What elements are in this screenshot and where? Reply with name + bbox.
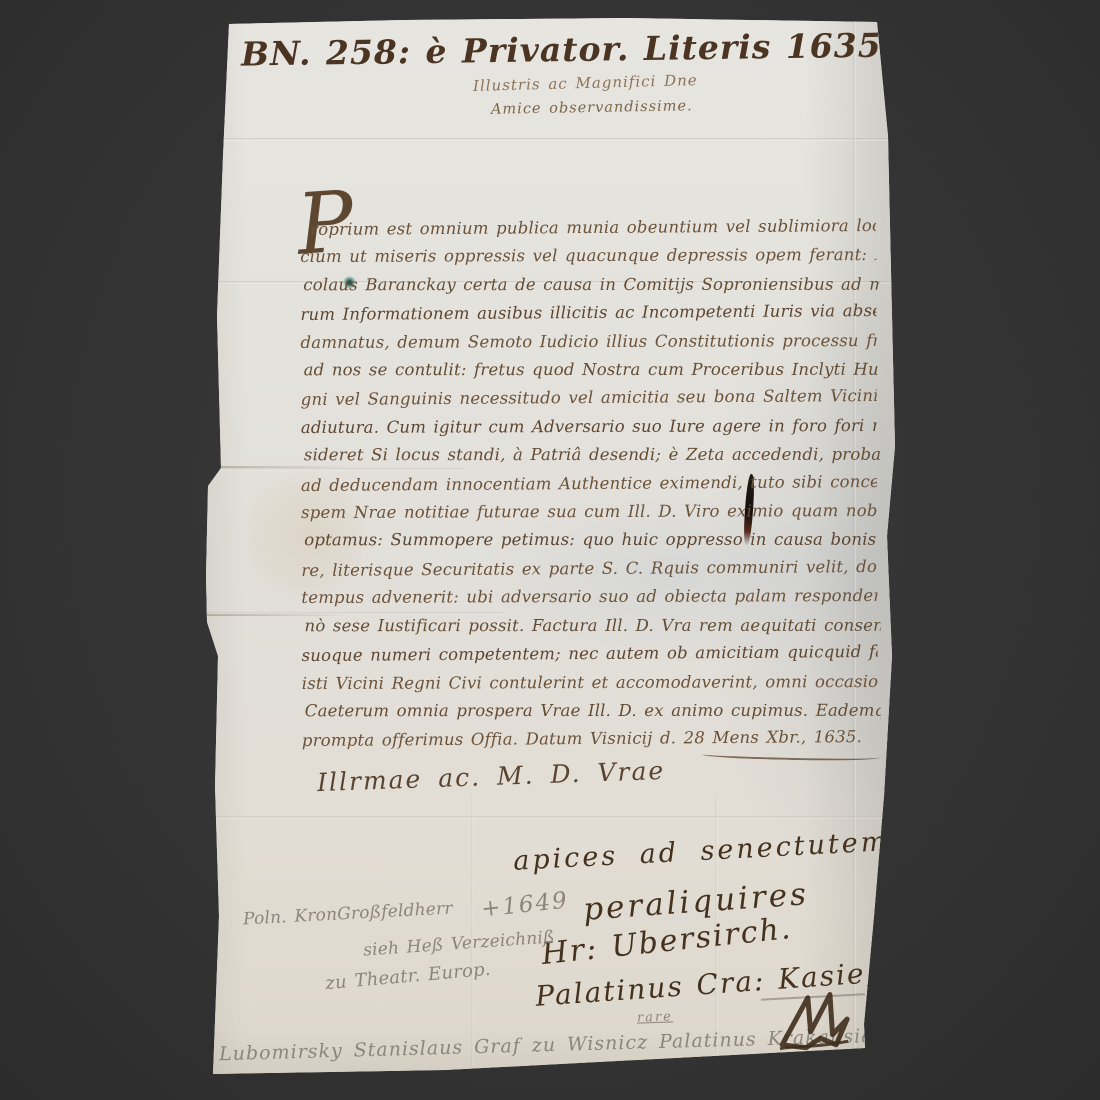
salutation-line-1: Illustris ac Magnifici Dne — [473, 71, 698, 95]
body-line: gni vel Sanguinis necessitudo vel amicit… — [301, 382, 877, 414]
archival-header: BN. 258: è Privator. Literis 1635: — [241, 25, 895, 73]
body-line: nò sese Iustificari possit. Factura Ill.… — [304, 611, 880, 640]
paraph-flourish — [776, 987, 854, 1056]
annotation-poln-note: Poln. KronGroßfeldherr — [243, 899, 454, 930]
body-line: optamus: Summopere petimus: quo huic opp… — [304, 526, 880, 555]
annotation-sieh-note: sieh Heß Verzeichniß — [363, 927, 556, 960]
photo-of-manuscript: BN. 258: è Privator. Literis 1635: Illus… — [0, 0, 1100, 1100]
body-line: damnatus, demum Semoto Iudicio illius Co… — [300, 327, 876, 357]
fold-crease — [205, 816, 900, 819]
signature-line: Illrmae ac. M. D. Vrae — [317, 756, 666, 797]
annotation-death-year: +1649 — [480, 887, 570, 922]
body-line: adiutura. Cum igitur cum Adversario suo … — [301, 412, 877, 442]
salutation-line-2: Amice observandissime. — [491, 98, 693, 118]
fold-crease-vertical — [471, 796, 474, 1066]
body-line: re, literisque Securitatis ex parte S. C… — [301, 553, 877, 585]
body-line: tempus advenerit: ubi adversario suo ad … — [301, 582, 877, 612]
body-line: spem Nrae notitiae futurae sua cum Ill. … — [301, 497, 877, 527]
body-line: ad nos se contulit: fretus quod Nostra c… — [304, 356, 880, 385]
annotation-apices: apices ad senectutem — [512, 826, 890, 877]
body-line: sideret Si locus standi, à Patriâ desend… — [304, 441, 880, 470]
body-line: cium ut miseris oppressis vel quacunque … — [300, 241, 876, 271]
body-line: suoque numeri competentem; nec autem ob … — [302, 638, 878, 670]
body-line: isti Vicini Regni Civi contulerint et ac… — [302, 667, 878, 697]
body-line: colaus Baranckay certa de causa in Comit… — [303, 271, 879, 300]
body-line: rum Informationem ausibus illicitis ac I… — [300, 297, 876, 329]
body-line: Caeterum omnia prospera Vrae Ill. D. ex … — [305, 697, 881, 726]
annotation-rare: rare — [637, 1009, 673, 1025]
body-line: ad deducendam innocentiam Authentice exi… — [301, 468, 877, 500]
body-line: prompta offerimus Offia. Datum Visnicij … — [302, 723, 878, 755]
body-line: roprium est omnium publica munia obeunti… — [300, 212, 876, 244]
fold-crease — [205, 138, 900, 141]
letter-body: roprium est omnium publica munia obeunti… — [300, 213, 878, 755]
annotation-theatr-note: zu Theatr. Europ. — [324, 959, 491, 994]
manuscript-sheet: BN. 258: è Privator. Literis 1635: Illus… — [205, 16, 900, 1078]
